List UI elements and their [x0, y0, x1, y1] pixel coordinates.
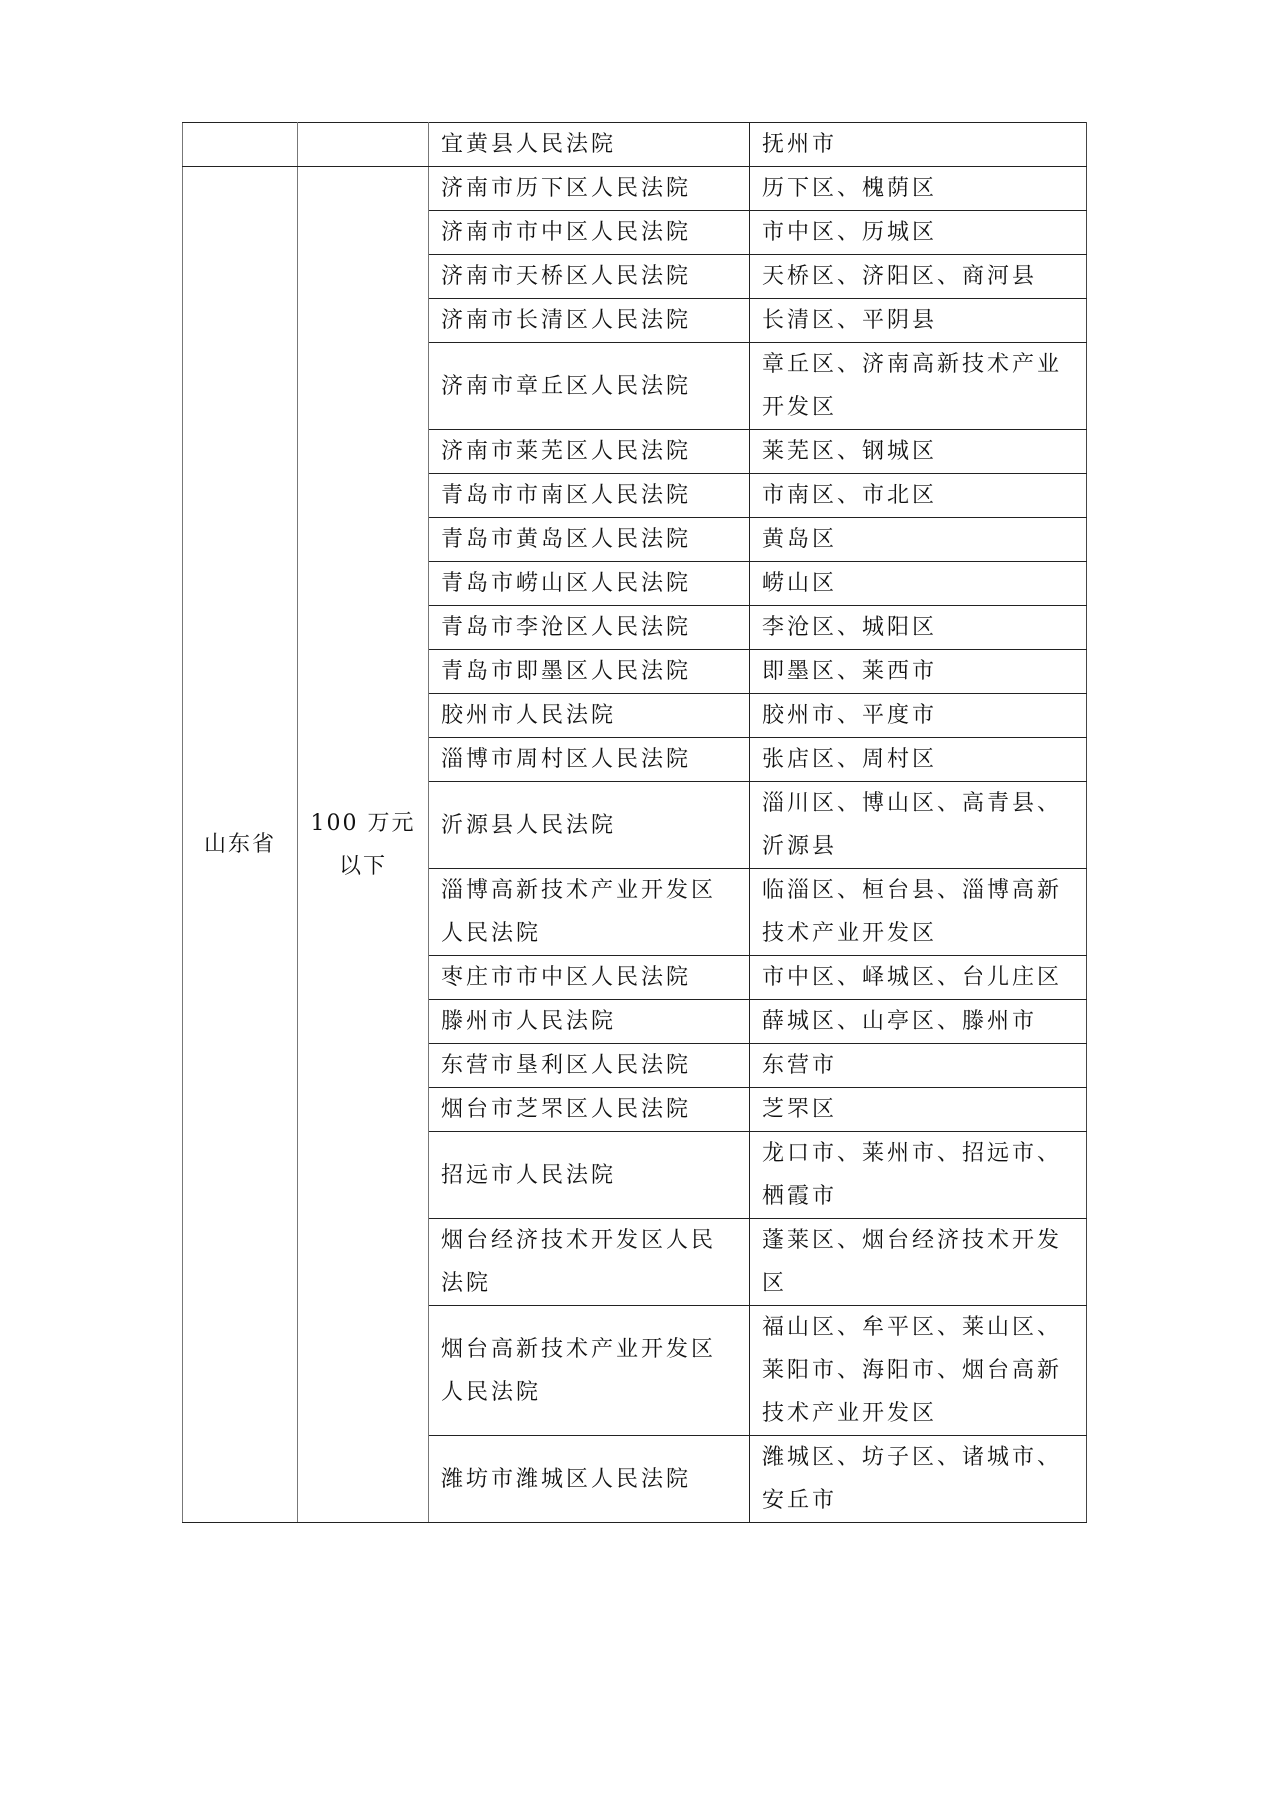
jurisdiction-cell: 福山区、牟平区、莱山区、莱阳市、海阳市、烟台高新技术产业开发区 [750, 1306, 1087, 1436]
court-cell: 潍坊市潍城区人民法院 [429, 1436, 750, 1523]
jurisdiction-cell: 龙口市、莱州市、招远市、栖霞市 [750, 1132, 1087, 1219]
jurisdiction-cell: 潍城区、坊子区、诸城市、安丘市 [750, 1436, 1087, 1523]
court-cell: 沂源县人民法院 [429, 782, 750, 869]
jurisdiction-cell: 东营市 [750, 1044, 1087, 1088]
province-cell [183, 123, 298, 167]
court-cell: 济南市市中区人民法院 [429, 211, 750, 255]
jurisdiction-cell: 黄岛区 [750, 518, 1087, 562]
jurisdiction-cell: 薛城区、山亭区、滕州市 [750, 1000, 1087, 1044]
court-cell: 济南市长清区人民法院 [429, 299, 750, 343]
table-row: 山东省 100 万元 以下 济南市历下区人民法院 历下区、槐荫区 [183, 167, 1087, 211]
jurisdiction-cell: 张店区、周村区 [750, 738, 1087, 782]
amount-cell [298, 123, 429, 167]
jurisdiction-cell: 李沧区、城阳区 [750, 606, 1087, 650]
court-cell: 枣庄市市中区人民法院 [429, 956, 750, 1000]
court-cell: 济南市历下区人民法院 [429, 167, 750, 211]
jurisdiction-cell: 抚州市 [750, 123, 1087, 167]
jurisdiction-cell: 莱芜区、钢城区 [750, 430, 1087, 474]
court-cell: 青岛市崂山区人民法院 [429, 562, 750, 606]
jurisdiction-cell: 崂山区 [750, 562, 1087, 606]
jurisdiction-cell: 市南区、市北区 [750, 474, 1087, 518]
court-cell: 青岛市李沧区人民法院 [429, 606, 750, 650]
jurisdiction-cell: 市中区、历城区 [750, 211, 1087, 255]
court-cell: 济南市莱芜区人民法院 [429, 430, 750, 474]
jurisdiction-cell: 芝罘区 [750, 1088, 1087, 1132]
province-cell: 山东省 [183, 167, 298, 1523]
jurisdiction-cell: 章丘区、济南高新技术产业开发区 [750, 343, 1087, 430]
jurisdiction-cell: 胶州市、平度市 [750, 694, 1087, 738]
jurisdiction-cell: 蓬莱区、烟台经济技术开发区 [750, 1219, 1087, 1306]
jurisdiction-cell: 市中区、峄城区、台儿庄区 [750, 956, 1087, 1000]
court-cell: 招远市人民法院 [429, 1132, 750, 1219]
court-cell: 淄博市周村区人民法院 [429, 738, 750, 782]
amount-line-1: 100 万元 [311, 811, 416, 836]
jurisdiction-cell: 即墨区、莱西市 [750, 650, 1087, 694]
amount-line-2: 以下 [339, 854, 387, 879]
jurisdiction-cell: 历下区、槐荫区 [750, 167, 1087, 211]
court-cell: 济南市天桥区人民法院 [429, 255, 750, 299]
court-cell: 东营市垦利区人民法院 [429, 1044, 750, 1088]
court-cell: 烟台高新技术产业开发区人民法院 [429, 1306, 750, 1436]
court-cell: 青岛市黄岛区人民法院 [429, 518, 750, 562]
court-cell: 济南市章丘区人民法院 [429, 343, 750, 430]
court-cell: 胶州市人民法院 [429, 694, 750, 738]
jurisdiction-cell: 天桥区、济阳区、商河县 [750, 255, 1087, 299]
court-cell: 青岛市市南区人民法院 [429, 474, 750, 518]
jurisdiction-cell: 临淄区、桓台县、淄博高新技术产业开发区 [750, 869, 1087, 956]
court-cell: 烟台经济技术开发区人民法院 [429, 1219, 750, 1306]
jurisdiction-cell: 淄川区、博山区、高青县、沂源县 [750, 782, 1087, 869]
jurisdiction-cell: 长清区、平阴县 [750, 299, 1087, 343]
court-cell: 滕州市人民法院 [429, 1000, 750, 1044]
court-cell: 青岛市即墨区人民法院 [429, 650, 750, 694]
court-cell: 烟台市芝罘区人民法院 [429, 1088, 750, 1132]
amount-cell: 100 万元 以下 [298, 167, 429, 1523]
court-cell: 宜黄县人民法院 [429, 123, 750, 167]
table-row: 宜黄县人民法院 抚州市 [183, 123, 1087, 167]
court-cell: 淄博高新技术产业开发区人民法院 [429, 869, 750, 956]
court-jurisdiction-table: 宜黄县人民法院 抚州市 山东省 100 万元 以下 济南市历下区人民法院 历下区… [182, 122, 1087, 1523]
